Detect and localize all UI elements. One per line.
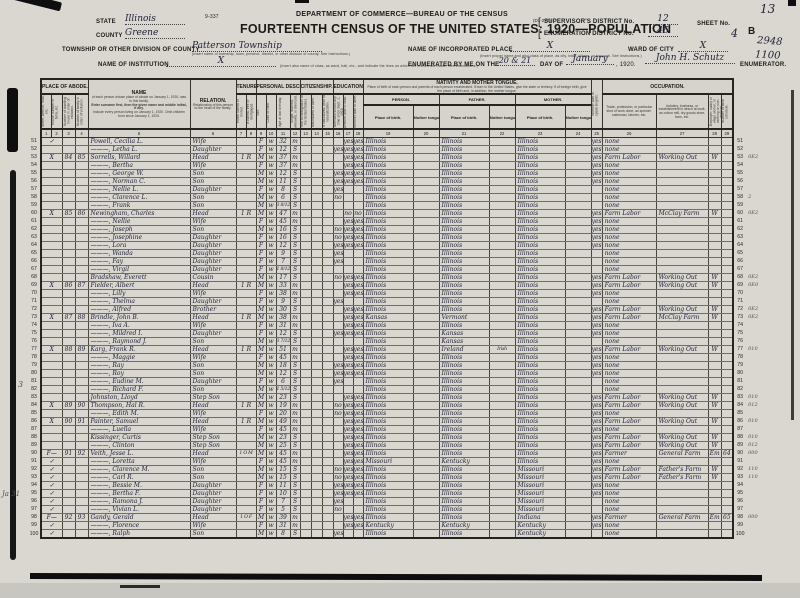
cell-farm-schedule	[721, 521, 733, 529]
cell-able-to-write: yes	[353, 489, 363, 497]
cell-father-mt	[489, 505, 515, 513]
cell-abode-mark	[41, 305, 62, 313]
cell-father-pob: Kentucky	[439, 521, 489, 529]
cell-name: ———, Fay	[88, 257, 190, 265]
cell-mother-mt	[565, 249, 591, 257]
cell-able-to-read: yes	[343, 241, 353, 249]
table-row: 99✓———, FlorenceWifeFw31myesyesKentuckyK…	[28, 521, 764, 529]
cell-tenure	[236, 481, 256, 489]
row-number-right: 96	[733, 497, 746, 505]
cell-relation: Head	[190, 345, 236, 353]
cell-father-mt	[489, 313, 515, 321]
cell-name: ———, Lilly	[88, 289, 190, 297]
cell-father-mt	[489, 473, 515, 481]
cell-family-number	[75, 377, 88, 385]
cell-sex: M	[256, 201, 266, 209]
row-number-left: 64	[28, 241, 41, 249]
column-number: 2	[51, 129, 62, 137]
column-number: 17	[343, 129, 353, 137]
cell-father-mt	[489, 321, 515, 329]
cell-color-race: w	[266, 313, 276, 321]
cell-place-of-birth: Illinois	[363, 177, 413, 185]
cell-industry: Working Out	[656, 153, 708, 161]
cell-dwelling-number: 85	[62, 209, 75, 217]
cell-able-to-write: yes	[353, 145, 363, 153]
cell-farm-schedule	[721, 489, 733, 497]
cell-farm-schedule	[721, 481, 733, 489]
col-naturalized: Naturalized or alien.	[311, 94, 322, 129]
cell-sex: M	[256, 193, 266, 201]
cell-able-to-read: yes	[343, 465, 353, 473]
cell-employer-class	[708, 521, 721, 529]
scan-artifact	[791, 90, 794, 420]
cell-mother-pob: Missouri	[515, 465, 565, 473]
cell-industry	[656, 361, 708, 369]
cell-place-of-birth: Illinois	[363, 161, 413, 169]
cell-mother-tongue	[413, 321, 439, 329]
cell-relation: Daughter	[190, 497, 236, 505]
cell-name: ———, Bessie M.	[88, 481, 190, 489]
row-number-right: 53	[733, 153, 746, 161]
cell-industry	[656, 505, 708, 513]
cell-occupation: Farm Labor	[602, 153, 656, 161]
cell-naturalized	[311, 401, 322, 409]
cell-able-to-write: yes	[353, 281, 363, 289]
table-row: 54———, BerthaWifeFw37myesyesIllinoisIlli…	[28, 161, 764, 169]
row-number-right: 79	[733, 361, 746, 369]
cell-occupation: none	[602, 249, 656, 257]
cell-industry	[656, 489, 708, 497]
cell-relation: Brother	[190, 305, 236, 313]
cell-dwelling-number	[62, 473, 75, 481]
cell-name: ———, Vivian L.	[88, 505, 190, 513]
cell-sex: M	[256, 305, 266, 313]
cell-sex: M	[256, 433, 266, 441]
cell-mother-tongue	[413, 289, 439, 297]
cell-naturalization-year	[322, 217, 333, 225]
cell-occupation: Farm Labor	[602, 345, 656, 353]
cell-tenure	[236, 377, 256, 385]
cell-mother-pob: Kentucky	[515, 521, 565, 529]
cell-farm-schedule	[721, 145, 733, 153]
cell-attended-school: no	[333, 273, 343, 281]
cell-farm-schedule	[721, 169, 733, 177]
cell-father-pob: Illinois	[439, 233, 489, 241]
cell-able-to-write: yes	[353, 321, 363, 329]
cell-relation: Wife	[190, 161, 236, 169]
cell-margin-code	[746, 425, 764, 433]
cell-sex: F	[256, 257, 266, 265]
row-number-column-right	[733, 79, 746, 137]
cell-employer-class	[708, 249, 721, 257]
cell-marital: S	[290, 265, 300, 273]
cell-mother-pob: Illinois	[515, 441, 565, 449]
cell-color-race: w	[266, 337, 276, 345]
row-number-right: 90	[733, 449, 746, 457]
cell-naturalized	[311, 145, 322, 153]
cell-employer-class	[708, 225, 721, 233]
cell-mother-mt	[565, 209, 591, 217]
cell-age: 17	[276, 273, 290, 281]
cell-able-to-write: yes	[353, 289, 363, 297]
cell-mother-pob: Illinois	[515, 281, 565, 289]
cell-place-of-birth: Illinois	[363, 353, 413, 361]
cell-name: ———, Bertha	[88, 161, 190, 169]
cell-able-to-write	[353, 529, 363, 538]
cell-age: 45	[276, 217, 290, 225]
cell-mother-pob: Illinois	[515, 241, 565, 249]
cell-occupation: Farmer	[602, 513, 656, 521]
row-number-left: 99	[28, 521, 41, 529]
table-row: 82———, Richard F.SonMw1 5/12SIllinoisIll…	[28, 385, 764, 393]
cell-employer-class	[708, 353, 721, 361]
cell-mother-mt	[565, 513, 591, 521]
cell-name: ———, Florence	[88, 521, 190, 529]
cell-employer-class: W	[708, 393, 721, 401]
cell-speaks-english: yes	[591, 137, 602, 145]
table-row: 80———, RoySonMw12SyesyesyesIllinoisIllin…	[28, 369, 764, 377]
cell-farm-schedule	[721, 329, 733, 337]
column-number: 18	[353, 129, 363, 137]
cell-able-to-write: yes	[353, 457, 363, 465]
cell-tenure	[236, 329, 256, 337]
cell-speaks-english: yes	[591, 321, 602, 329]
cell-naturalized	[311, 505, 322, 513]
cell-naturalized	[311, 153, 322, 161]
row-number-left: 59	[28, 201, 41, 209]
cell-occupation: none	[602, 497, 656, 505]
table-row: 52———, Letha L.DaughterFw12SyesyesyesIll…	[28, 145, 764, 153]
cell-marital: S	[290, 329, 300, 337]
cell-father-pob: Illinois	[439, 193, 489, 201]
cell-industry	[656, 161, 708, 169]
cell-relation: Son	[190, 369, 236, 377]
cell-father-mt	[489, 481, 515, 489]
row-number-right: 78	[733, 353, 746, 361]
cell-name: ———, Joseph	[88, 225, 190, 233]
cell-marital: m	[290, 137, 300, 145]
cell-occupation: none	[602, 321, 656, 329]
cell-family-number	[75, 241, 88, 249]
cell-attended-school: no	[333, 401, 343, 409]
cell-attended-school: no	[333, 225, 343, 233]
cell-able-to-read	[343, 193, 353, 201]
cell-naturalization-year	[322, 369, 333, 377]
cell-able-to-read: yes	[343, 161, 353, 169]
cell-mother-tongue	[413, 449, 439, 457]
cell-able-to-read: yes	[343, 417, 353, 425]
cell-color-race: w	[266, 489, 276, 497]
cell-naturalized	[311, 489, 322, 497]
col-naturalization-year: If naturalized, year of naturalization.	[322, 94, 333, 129]
cell-dwelling-number	[62, 521, 75, 529]
cell-naturalization-year	[322, 185, 333, 193]
cell-sex: F	[256, 161, 266, 169]
cell-industry: Working Out	[656, 281, 708, 289]
cell-mother-pob: Illinois	[515, 321, 565, 329]
cell-naturalized	[311, 305, 322, 313]
cell-sex: F	[256, 457, 266, 465]
cell-mother-tongue	[413, 385, 439, 393]
cell-relation: Head	[190, 401, 236, 409]
cell-relation: Daughter	[190, 185, 236, 193]
row-number-right: 56	[733, 177, 746, 185]
cell-industry: Working Out	[656, 433, 708, 441]
cell-farm-schedule	[721, 153, 733, 161]
row-number-right: 72	[733, 305, 746, 313]
cell-dwelling-number: 92	[62, 513, 75, 521]
cell-name: Kissinger, Curtis	[88, 433, 190, 441]
cell-name: ———, Letha L.	[88, 145, 190, 153]
cell-family-number	[75, 385, 88, 393]
cell-tenure	[236, 305, 256, 313]
cell-farm-schedule	[721, 505, 733, 513]
cell-father-pob: Illinois	[439, 201, 489, 209]
cell-mother-tongue	[413, 225, 439, 233]
cell-naturalization-year	[322, 313, 333, 321]
cell-farm-schedule	[721, 497, 733, 505]
cell-occupation: none	[602, 289, 656, 297]
cell-place-of-birth: Illinois	[363, 441, 413, 449]
cell-speaks-english	[591, 193, 602, 201]
cell-place-of-birth: Illinois	[363, 257, 413, 265]
column-number: 25	[591, 129, 602, 137]
cell-mother-tongue	[413, 153, 439, 161]
cell-industry: Father's Farm	[656, 465, 708, 473]
cell-occupation: none	[602, 145, 656, 153]
cell-father-pob: Illinois	[439, 153, 489, 161]
cell-able-to-write: yes	[353, 273, 363, 281]
row-number-left: 58	[28, 193, 41, 201]
state-value: Illinois	[125, 14, 185, 25]
cell-abode-mark	[41, 201, 62, 209]
cell-sex: F	[256, 425, 266, 433]
row-number-left: 84	[28, 401, 41, 409]
cell-tenure	[236, 441, 256, 449]
cell-mother-tongue	[413, 409, 439, 417]
cell-age: 38	[276, 289, 290, 297]
cell-mother-mt	[565, 177, 591, 185]
cell-naturalization-year	[322, 473, 333, 481]
row-number-left: 65	[28, 249, 41, 257]
cell-father-pob: Illinois	[439, 441, 489, 449]
cell-employer-class	[708, 377, 721, 385]
cell-color-race: w	[266, 417, 276, 425]
cell-naturalized	[311, 257, 322, 265]
cell-able-to-read: yes	[343, 401, 353, 409]
cell-place-of-birth: Illinois	[363, 409, 413, 417]
cell-father-pob: Illinois	[439, 409, 489, 417]
cell-name: ———, Frank	[88, 201, 190, 209]
col-immigration-year: Year of immigration to the United States…	[300, 94, 311, 129]
cell-farm-schedule	[721, 385, 733, 393]
cell-mother-mt	[565, 241, 591, 249]
cell-mother-mt	[565, 425, 591, 433]
cell-naturalization-year	[322, 409, 333, 417]
cell-mother-pob: Illinois	[515, 265, 565, 273]
cell-relation: Head	[190, 209, 236, 217]
cell-color-race: w	[266, 249, 276, 257]
cell-mother-tongue	[413, 297, 439, 305]
cell-attended-school	[333, 153, 343, 161]
cell-sex: F	[256, 321, 266, 329]
cell-abode-mark: X	[41, 417, 62, 425]
cell-occupation: none	[602, 377, 656, 385]
cell-farm-schedule	[721, 249, 733, 257]
cell-dwelling-number	[62, 329, 75, 337]
cell-industry	[656, 337, 708, 345]
census-sheet-scan: 9-337 DEPARTMENT OF COMMERCE—BUREAU OF T…	[0, 0, 800, 598]
cell-immigration-year	[300, 377, 311, 385]
cell-color-race: w	[266, 369, 276, 377]
bracket-glyph: [	[538, 17, 541, 28]
cell-able-to-write: yes	[353, 225, 363, 233]
county-label: COUNTY	[96, 33, 123, 39]
cell-speaks-english: yes	[591, 481, 602, 489]
cell-father-mt	[489, 521, 515, 529]
cell-speaks-english	[591, 201, 602, 209]
cell-father-pob: Illinois	[439, 433, 489, 441]
cell-occupation: Farm Labor	[602, 417, 656, 425]
cell-naturalized	[311, 281, 322, 289]
cell-attended-school	[333, 209, 343, 217]
cell-employer-class: W	[708, 281, 721, 289]
cell-sex: M	[256, 209, 266, 217]
enumerated-mid: DAY OF	[540, 62, 563, 68]
cell-mother-mt	[565, 321, 591, 329]
cell-attended-school	[333, 393, 343, 401]
cell-father-pob: Illinois	[439, 161, 489, 169]
cell-place-of-birth: Illinois	[363, 489, 413, 497]
cell-able-to-read	[343, 505, 353, 513]
cell-family-number	[75, 289, 88, 297]
cell-mother-pob: Missouri	[515, 505, 565, 513]
cell-occupation: Farm Labor	[602, 393, 656, 401]
cell-sex: M	[256, 281, 266, 289]
cell-place-of-birth: Illinois	[363, 169, 413, 177]
cell-mother-mt	[565, 457, 591, 465]
cell-dwelling-number	[62, 305, 75, 313]
cell-occupation: Farm Labor	[602, 465, 656, 473]
cell-name: ———, Virgil	[88, 265, 190, 273]
cell-speaks-english: yes	[591, 353, 602, 361]
cell-immigration-year	[300, 145, 311, 153]
cell-place-of-birth: Illinois	[363, 305, 413, 313]
cell-place-of-birth: Illinois	[363, 369, 413, 377]
cell-occupation: Farm Labor	[602, 313, 656, 321]
cell-dwelling-number	[62, 385, 75, 393]
cell-occupation: none	[602, 361, 656, 369]
cell-able-to-write: yes	[353, 305, 363, 313]
cell-able-to-read: yes	[343, 225, 353, 233]
cell-naturalized	[311, 369, 322, 377]
cell-place-of-birth: Illinois	[363, 385, 413, 393]
cell-mother-mt	[565, 529, 591, 538]
cell-father-mt: Irish	[489, 345, 515, 353]
cell-father-pob: Illinois	[439, 225, 489, 233]
cell-naturalized	[311, 217, 322, 225]
cell-able-to-read: yes	[343, 513, 353, 521]
row-number-left: 96	[28, 497, 41, 505]
cell-mother-mt	[565, 217, 591, 225]
cell-able-to-read: yes	[343, 169, 353, 177]
cell-father-pob: Illinois	[439, 305, 489, 313]
cell-color-race: w	[266, 497, 276, 505]
cell-age: 9	[276, 297, 290, 305]
cell-place-of-birth: Illinois	[363, 377, 413, 385]
cell-industry	[656, 225, 708, 233]
cell-dwelling-number	[62, 377, 75, 385]
cell-father-pob: Ireland	[439, 345, 489, 353]
cell-immigration-year	[300, 153, 311, 161]
cell-age: 5	[276, 505, 290, 513]
cell-immigration-year	[300, 361, 311, 369]
cell-immigration-year	[300, 409, 311, 417]
column-number: 11	[276, 129, 290, 137]
cell-abode-mark	[41, 377, 62, 385]
cell-occupation: Farm Labor	[602, 473, 656, 481]
cell-employer-class	[708, 457, 721, 465]
cell-occupation: none	[602, 425, 656, 433]
cell-dwelling-number	[62, 145, 75, 153]
cell-name: ———, Clinton	[88, 441, 190, 449]
cell-mother-pob: Illinois	[515, 169, 565, 177]
cell-farm-schedule	[721, 201, 733, 209]
cell-father-pob: Illinois	[439, 489, 489, 497]
row-number-left: 75	[28, 329, 41, 337]
table-header: PLACE OF ABODE. NAME of each person whos…	[28, 79, 764, 137]
table-row: 51✓Powell, Cecilia L.WifeFw32myesyesIlli…	[28, 137, 764, 145]
cell-industry	[656, 385, 708, 393]
cell-relation: Head	[190, 313, 236, 321]
column-number: 27	[656, 129, 708, 137]
cell-color-race: w	[266, 153, 276, 161]
cell-place-of-birth: Illinois	[363, 425, 413, 433]
cell-speaks-english: yes	[591, 169, 602, 177]
cell-marital: S	[290, 361, 300, 369]
cell-tenure: 1 R	[236, 153, 256, 161]
cell-relation: Wife	[190, 289, 236, 297]
cell-employer-class	[708, 489, 721, 497]
cell-attended-school	[333, 425, 343, 433]
row-number-right: 74	[733, 321, 746, 329]
cell-tenure	[236, 473, 256, 481]
row-number-right: 52	[733, 145, 746, 153]
cell-attended-school: no	[333, 409, 343, 417]
cell-immigration-year	[300, 481, 311, 489]
cell-age: 12	[276, 241, 290, 249]
cell-mother-tongue	[413, 401, 439, 409]
cell-father-mt	[489, 409, 515, 417]
row-number-left: 77	[28, 345, 41, 353]
cell-naturalized	[311, 265, 322, 273]
cell-naturalization-year	[322, 209, 333, 217]
table-row: 53X8485Sorrells, WillardHead1 RMw37myesy…	[28, 153, 764, 161]
table-row: 58———, Clarence L.SonMw6SnoIllinoisIllin…	[28, 193, 764, 201]
cell-family-number	[75, 249, 88, 257]
col-trade: Trade, profession, or particular kind of…	[602, 94, 656, 129]
cell-able-to-write: yes	[353, 409, 363, 417]
cell-abode-mark	[41, 289, 62, 297]
cell-place-of-birth: Kansas	[363, 313, 413, 321]
cell-father-pob: Illinois	[439, 289, 489, 297]
cell-mother-pob: Illinois	[515, 289, 565, 297]
cell-color-race: w	[266, 361, 276, 369]
cell-occupation: none	[602, 257, 656, 265]
cell-father-mt	[489, 337, 515, 345]
column-number: 8	[246, 129, 256, 137]
cell-relation: Step Son	[190, 433, 236, 441]
